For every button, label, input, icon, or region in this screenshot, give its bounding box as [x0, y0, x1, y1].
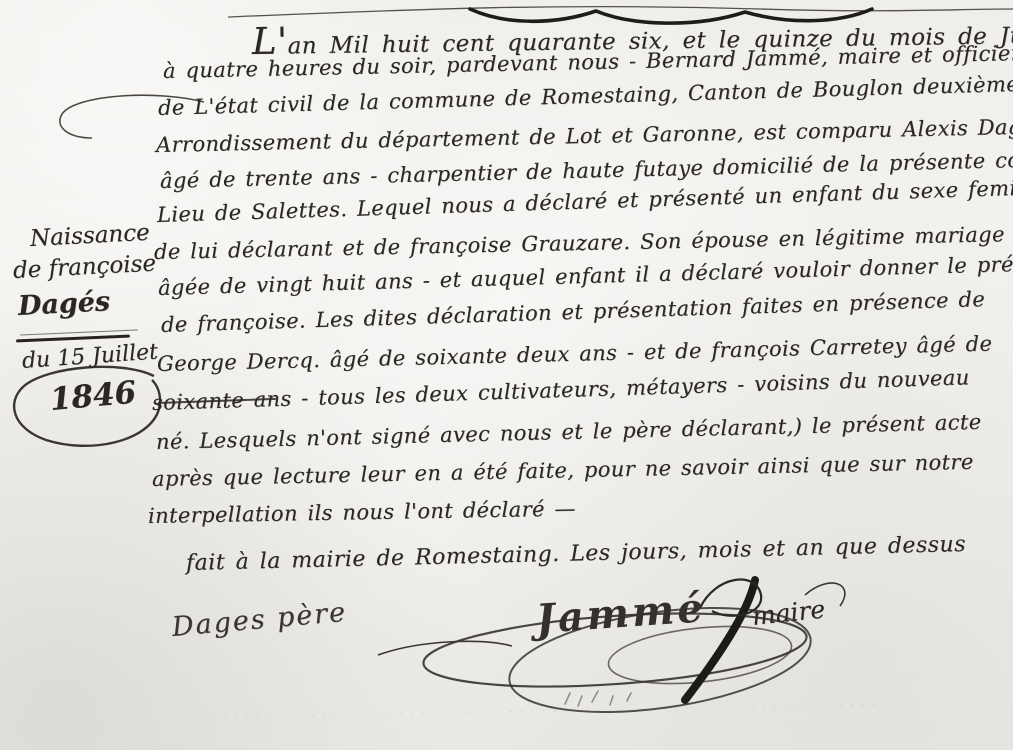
margin-note-line: de françoise — [12, 251, 156, 284]
body-line: interpellation ils nous l'ont déclaré — — [148, 497, 576, 528]
body-line: après que lecture leur en a été faite, p… — [152, 450, 974, 491]
margin-note-line: Naissance — [29, 220, 150, 252]
date-circle-flourish — [4, 360, 172, 455]
declarant-signature: Dages père — [171, 597, 349, 643]
scanned-birth-record-page: Naissance de françoise Dagés du 15 Juill… — [0, 0, 1013, 750]
margin-note-name: Dagés — [17, 286, 111, 322]
body-line: né. Lesquels n'ont signé avec nous et le… — [156, 410, 982, 454]
bottom-scan-specks — [0, 676, 1013, 750]
margin-underline — [16, 335, 130, 343]
